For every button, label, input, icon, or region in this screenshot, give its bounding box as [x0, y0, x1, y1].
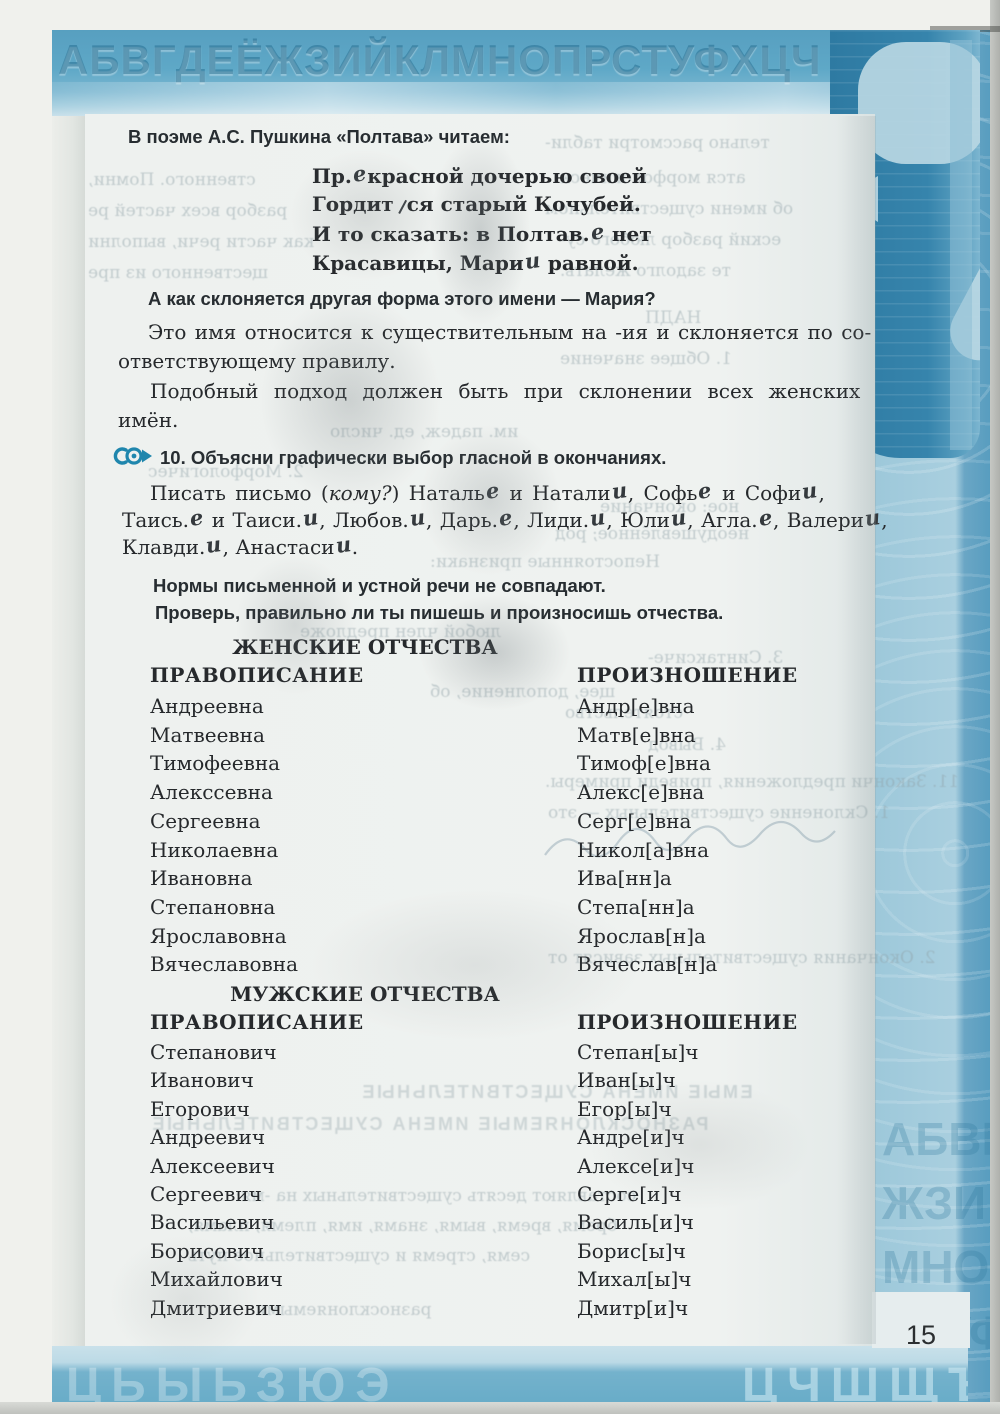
handwritten-letter: е [188, 504, 205, 531]
bleedthrough-text: как части речи, выполни [88, 232, 314, 252]
text-segment: , Лиди. [513, 508, 589, 532]
text-segment: Гордит [312, 192, 394, 216]
exercise-task-line: Клавди.и, Анастасии. [122, 534, 358, 559]
alphabet-band-right-letters: МНО [882, 1240, 989, 1294]
patronymic-spelling-cell: Алексеевич [150, 1154, 275, 1178]
bleedthrough-text: ственного. Помни, [88, 170, 256, 190]
handwritten-letter: и [204, 531, 223, 558]
handwritten-letter: и [408, 504, 427, 531]
handwritten-letter: е [696, 477, 713, 504]
patronymic-spelling-cell: Андреевич [150, 1125, 265, 1149]
handwritten-slash-mark [392, 197, 407, 214]
patronymic-spelling-cell: Егорович [150, 1097, 250, 1121]
alphabet-band-top-letters: АБВГДЕЁЖЗИЙКЛМНОПРСТУФХЦЧ [58, 36, 822, 84]
text-segment: и Таиси. [204, 508, 302, 532]
patronymic-pronunciation-cell: Матв[е]вна [577, 723, 696, 747]
patronymic-pronunciation-cell: Василь[и]ч [577, 1210, 694, 1234]
patronymic-pronunciation-cell: Степан[ы]ч [577, 1040, 699, 1064]
answer-line-2: ответствующему правилу. [118, 349, 396, 373]
answer-line-1: Это имя относится к существительным на -… [148, 320, 871, 344]
page-number: 15 [906, 1320, 936, 1351]
exercise-task-line: Писать письмо (кому?) Наталье и Наталии,… [150, 480, 825, 505]
text-segment: и Натали [500, 481, 610, 505]
male-col-spelling-header: ПРАВОПИСАНИЕ [150, 1010, 364, 1034]
male-col-pronunciation-header: ПРОИЗНОШЕНИЕ [577, 1010, 798, 1034]
patronymic-pronunciation-cell: Серге[и]ч [577, 1182, 681, 1206]
poem-line: Красавицы, Марии равной. [312, 250, 639, 275]
text-segment: , Дарь. [426, 508, 498, 532]
note-line-1: Подобный подход должен быть при склонени… [150, 379, 860, 403]
bleedthrough-text: Непостоянные признаки: [430, 552, 660, 572]
patronymic-spelling-cell: Николаевна [150, 838, 278, 862]
patronymic-spelling-cell: Степановна [150, 895, 275, 919]
text-segment: , Агла. [687, 508, 757, 532]
patronymic-spelling-cell: Андреевна [150, 694, 264, 718]
patronymic-spelling-cell: Матвеевна [150, 723, 265, 747]
patronymic-pronunciation-cell: Ярослав[н]а [577, 924, 706, 948]
handwritten-letter: е [497, 504, 514, 531]
patronymic-pronunciation-cell: Вячеслав[н]а [577, 952, 717, 976]
note-line-2: имён. [118, 408, 178, 432]
text-segment: , Юли [606, 508, 670, 532]
alphabet-band-bottom-letters-right: ЦЧШЩЪЬ [742, 1358, 968, 1404]
alphabet-band-bottom: ЦЬЫЬЗЮЭ ЦЧШЩЪЬ [52, 1346, 968, 1404]
patronymic-spelling-cell: Сергеевич [150, 1182, 262, 1206]
handwritten-letter: и [610, 477, 629, 504]
patronymic-spelling-cell: Алекссевна [150, 780, 273, 804]
handwritten-letter: и [669, 504, 688, 531]
text-segment: Пр. [312, 164, 352, 188]
bleedthrough-text: им. падеж, ед. число [330, 422, 518, 442]
text-segment: Писать письмо ( [150, 481, 329, 505]
handwritten-letter: и [301, 504, 320, 531]
patronymic-pronunciation-cell: Михал[ы]ч [577, 1267, 691, 1291]
patronymic-spelling-cell: Иванович [150, 1068, 254, 1092]
scan-edge-right [990, 0, 1000, 1414]
bleedthrough-text: 1. Общее значение [560, 349, 732, 369]
patronymic-spelling-cell: Степанович [150, 1040, 277, 1064]
patronymic-spelling-cell: Дмитриевич [150, 1296, 282, 1320]
patronymic-spelling-cell: Сергеевна [150, 809, 261, 833]
handwritten-letter: е [589, 218, 606, 245]
bleedthrough-text: разбор всех частей ре [88, 201, 287, 221]
patronymic-pronunciation-cell: Алекс[е]вна [577, 780, 704, 804]
alphabet-band-right-letters: ЖЗИ [882, 1176, 986, 1230]
text-segment: Клавди. [122, 535, 205, 559]
patronymic-pronunciation-cell: Алексе[и]ч [577, 1154, 694, 1178]
poem-line: Пр.екрасной дочерью своей [312, 163, 647, 188]
text-segment: , Валери [773, 508, 864, 532]
exercise-task-line: Таись.е и Таиси.и, Любов.и, Дарь.е, Лиди… [122, 507, 888, 532]
bleedthrough-text: тельно рассмотри табли- [545, 133, 770, 153]
handwritten-letter: и [800, 477, 819, 504]
text-segment: Таись. [122, 508, 189, 532]
patronymic-spelling-cell: Тимофеевна [150, 751, 280, 775]
patronymic-pronunciation-cell: Ива[нн]а [577, 866, 672, 890]
alphabet-band-bottom-letters-left: ЦЬЫЬЗЮЭ [66, 1358, 400, 1404]
text-segment: ) Наталь [392, 481, 485, 505]
handwritten-letter: и [863, 504, 882, 531]
text-segment: , [818, 481, 824, 505]
patronymic-spelling-cell: Михайлович [150, 1267, 283, 1291]
female-col-pronunciation-header: ПРОИЗНОШЕНИЕ [577, 663, 798, 687]
text-segment: кому? [329, 481, 392, 505]
text-segment: красной дочерью своей [367, 164, 646, 188]
text-segment: , Любов. [319, 508, 409, 532]
patronymic-pronunciation-cell: Тимоф[е]вна [577, 751, 711, 775]
patronymic-spelling-cell: Васильевич [150, 1210, 274, 1234]
female-col-spelling-header: ПРАВОПИСАНИЕ [150, 663, 364, 687]
page-edge-strip [52, 116, 86, 1346]
patronymic-pronunciation-cell: Борис[ы]ч [577, 1239, 686, 1263]
text-segment: и Софи [713, 481, 801, 505]
handwritten-letter: и [523, 247, 542, 274]
norms-note-text: Нормы письменной и устной речи не совпад… [153, 575, 606, 597]
poem-line: И то сказать: в Полтав.е нет [312, 221, 652, 246]
patronymic-pronunciation-cell: Андре[и]ч [577, 1125, 685, 1149]
text-segment: Красавицы, Мари [312, 251, 524, 275]
text-segment: , Софь [628, 481, 698, 505]
handwritten-letter: е [484, 477, 501, 504]
alphabet-band-right-letters: АБВГ [882, 1112, 990, 1166]
lead-in-text: В поэме А.С. Пушкина «Полтава» читаем: [128, 126, 510, 148]
check-note-text: Проверь, правильно ли ты пишешь и произн… [155, 602, 723, 624]
patronymic-pronunciation-cell: Андр[е]вна [577, 694, 695, 718]
patronymic-pronunciation-cell: Егор[ы]ч [577, 1097, 672, 1121]
bleedthrough-text: щественного из пре [88, 263, 268, 283]
text-segment: ся старый Кочубей. [407, 192, 641, 216]
patronymic-spelling-cell: Вячеславовна [150, 952, 298, 976]
scan-edge-bottom [0, 1402, 1000, 1414]
patronymic-spelling-cell: Ивановна [150, 866, 253, 890]
bleedthrough-text: ЕМЫЕ ИМЕНА СУЩЕСТВИТЕЛЬНЫЕ [360, 1082, 753, 1103]
handwritten-letter: и [334, 531, 353, 558]
text-segment: , Анастаси [223, 535, 335, 559]
text-segment: равной. [541, 251, 639, 275]
poem-line: Гордится старый Кочубей. [312, 192, 641, 216]
patronymic-pronunciation-cell: Никол[а]вна [577, 838, 709, 862]
patronymic-pronunciation-cell: Степа[нн]а [577, 895, 695, 919]
patronymic-pronunciation-cell: Серг[е]вна [577, 809, 691, 833]
handwritten-letter: е [351, 160, 368, 187]
exercise-title: 10. Объясни графически выбор гласной в о… [160, 447, 666, 469]
handwritten-letter: и [588, 504, 607, 531]
text-segment: нет [605, 222, 652, 246]
patronymic-spelling-cell: Ярославовна [150, 924, 287, 948]
question-text: А как склоняется другая форма этого имен… [148, 288, 656, 310]
handwritten-letter: е [757, 504, 774, 531]
patronymic-pronunciation-cell: Дмитр[и]ч [577, 1296, 688, 1320]
patronymic-spelling-cell: Борисович [150, 1239, 264, 1263]
text-segment: , [881, 508, 887, 532]
link-arrow-icon [112, 446, 152, 466]
patronymic-pronunciation-cell: Иван[ы]ч [577, 1068, 676, 1092]
scanned-textbook-page: АБВГДЕЁЖЗИЙКЛМНОПРСТУФХЦЧ АБВГЖЗИМНОСТУФ… [0, 0, 1000, 1414]
male-patronymics-title: МУЖСКИЕ ОТЧЕСТВА [150, 982, 580, 1006]
female-patronymics-title: ЖЕНСКИЕ ОТЧЕСТВА [150, 635, 580, 659]
text-segment: И то сказать: в Полтав. [312, 222, 590, 246]
